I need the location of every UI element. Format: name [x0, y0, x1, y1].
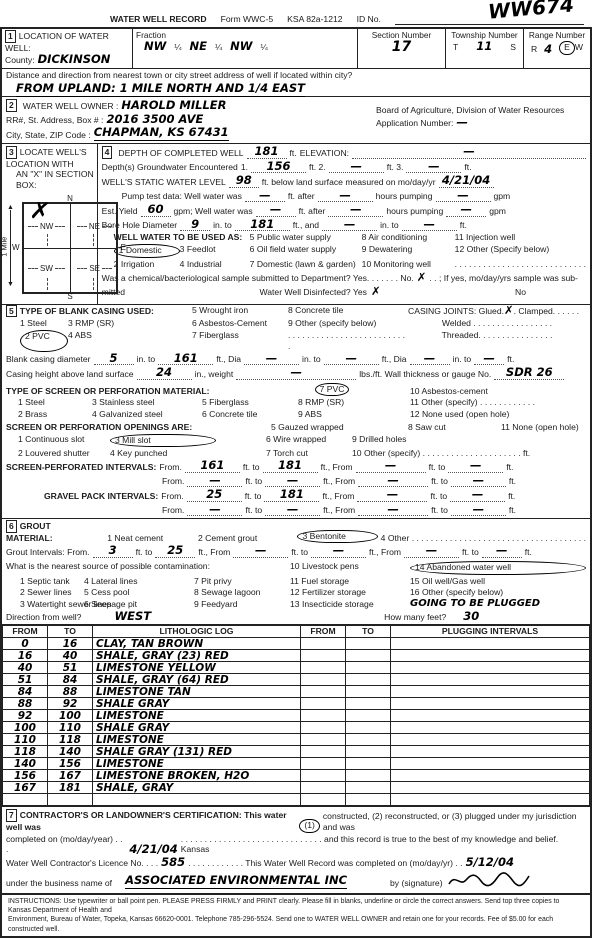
section4-well-data: 4 DEPTH OF COMPLETED WELL 181 ft. ELEVAT… — [98, 144, 590, 304]
option-lateral-lines: 4 Lateral lines — [84, 576, 194, 587]
section-box-diagram: ▲ 1 Mile ▼ N S W E NW NE SW — [6, 194, 95, 302]
option-other-contamination: 16 Other (specify below) — [410, 587, 586, 598]
city-label: City, State, ZIP Code : — [6, 130, 91, 141]
yield-after-label: ft. after — [299, 206, 326, 217]
static-level-date: 4/21/04 — [439, 175, 494, 188]
log-row: 51 84 SHALE, GRAY (64) RED — [3, 674, 590, 686]
bore-diameter2-value: — — [322, 219, 377, 232]
arrow-down-icon: ▼ — [7, 281, 14, 290]
certification-l1a: CONTRACTOR'S OR LANDOWNER'S CERTIFICATIO… — [6, 810, 287, 832]
col-plugging-intervals: PLUGGING INTERVALS — [391, 626, 590, 638]
log-row: 88 92 SHALE GRAY — [3, 698, 590, 710]
spi-t3: — — [265, 475, 320, 488]
fraction-2: NE — [189, 41, 206, 53]
plug-to — [346, 650, 391, 662]
yield-mid-label: gpm; Well water was — [174, 206, 253, 217]
how-many-feet-label: How many feet? — [384, 612, 446, 623]
box-horizontal-line — [24, 248, 116, 249]
casing-diameter-value: 5 — [94, 353, 134, 366]
plug-interval — [391, 686, 590, 698]
how-many-feet-value: 30 — [463, 611, 479, 623]
gpi-t2: — — [450, 489, 505, 502]
option-saw-cut: 8 Saw cut — [408, 422, 498, 433]
plug-interval — [391, 650, 590, 662]
plug-to — [346, 794, 391, 806]
form-title: WATER WELL RECORD — [110, 14, 207, 25]
log-row: 118 140 SHALE GRAY (131) RED — [3, 746, 590, 758]
pump-after-label: ft. after — [288, 191, 315, 202]
record-completed-label: . . . . . . . . . . . . This Water Well … — [188, 858, 462, 869]
application-number-value: — — [456, 117, 468, 129]
county-label: County: — [5, 55, 35, 66]
spi-to1: ft. to — [243, 462, 260, 473]
joints-glued-mark: ✗ — [504, 303, 514, 317]
spi-t1: 181 — [263, 460, 318, 473]
log-description: CLAY, TAN BROWN — [93, 638, 301, 650]
static-level-value: 98 — [229, 175, 259, 188]
casing-height-label: Casing height above land surface — [6, 369, 134, 380]
fraction-cell: Fraction NW¼ NE¼ NW¼ — [133, 29, 358, 68]
log-from: 0 — [3, 638, 48, 650]
dash-line — [47, 278, 48, 290]
log-row: 167 181 SHALE, GRAY — [3, 782, 590, 794]
grout-t1: 25 — [155, 545, 195, 558]
plug-from — [301, 770, 346, 782]
option-none-used: 12 None used (open hole) — [410, 409, 586, 420]
form-ksa: KSA 82a-1212 — [287, 14, 342, 25]
plug-interval — [391, 674, 590, 686]
direction-value: WEST — [114, 611, 151, 623]
spi-ft: ft. — [506, 462, 513, 473]
option-other-opening: 10 Other (specify) . . . . . . . . . . .… — [352, 448, 521, 458]
plug-interval — [391, 722, 590, 734]
section5-title: TYPE OF BLANK CASING USED: — [20, 306, 154, 316]
range-label: Range Number — [527, 30, 587, 40]
log-from: 140 — [3, 758, 48, 770]
log-to: 167 — [48, 770, 93, 782]
bore-ft-unit: ft. — [460, 220, 467, 231]
log-description: SHALE, GRAY (64) RED — [93, 674, 301, 686]
completed-on-label: completed on (mo/day/year) . . . — [6, 834, 126, 855]
plug-interval — [391, 710, 590, 722]
township-t: T — [453, 42, 458, 53]
spi-from2: ft., From — [321, 462, 353, 473]
range-east: E — [559, 41, 575, 55]
option-pit-privy: 7 Pit privy — [194, 576, 290, 587]
opening-ft-unit: ft. — [523, 448, 530, 458]
section5-casing: 5TYPE OF BLANK CASING USED: 5 Wrought ir… — [2, 305, 590, 519]
section1-number: 1 — [5, 30, 16, 43]
yield-hp-label: hours pumping — [386, 206, 443, 217]
pump-test-label: Pump test data: Well water was — [122, 191, 242, 202]
log-description: LIMESTONE — [93, 758, 301, 770]
west-label: W — [12, 243, 20, 253]
static-level-mid: ft. below land surface measured on mo/da… — [262, 177, 436, 188]
owner-label: WATER WELL OWNER : — [23, 101, 119, 112]
range-r: R — [531, 44, 537, 55]
gw3-unit: ft. — [464, 162, 471, 173]
section-box: N S W E NW NE SW SE ✗ — [22, 202, 118, 294]
spi-f2: — — [356, 460, 426, 473]
bore-depth2-value: — — [402, 219, 457, 232]
spi-f3: — — [187, 475, 242, 488]
log-from: 16 — [3, 650, 48, 662]
sample-question-tail: . . ; If yes, mo/day/yrs sample was sub- — [429, 273, 578, 284]
completed-date: 4/21/04 — [129, 844, 177, 856]
option-fiberglass-casing: 7 Fiberglass — [192, 330, 288, 351]
log-row: 40 51 LIMESTONE YELLOW — [3, 662, 590, 674]
yield-value: 60 — [141, 204, 171, 217]
log-from: 51 — [3, 674, 48, 686]
casing-other-dots: . . . . . . . . . . . . . . . . . . . . … — [288, 330, 408, 351]
business-name-label: under the business name of — [6, 878, 112, 889]
grout-t3: — — [482, 545, 522, 558]
plug-from — [301, 650, 346, 662]
option-watertight-sewer: 3 Watertight sewer lines — [20, 599, 84, 610]
option-asbestos-cement-screen: 10 Asbestos-cement — [410, 386, 488, 397]
instructions: INSTRUCTIONS: Use typewriter or ball poi… — [2, 893, 590, 936]
pump-ft-value: — — [245, 190, 285, 203]
log-from: 100 — [3, 722, 48, 734]
distance-value: FROM UPLAND: 1 MILE NORTH AND 1/4 EAST — [16, 81, 305, 97]
section3-4-row: 3LOCATE WELL'S LOCATION WITH AN "X" IN S… — [2, 144, 590, 305]
dia3-label: ft., Dia — [382, 354, 407, 365]
log-from: 110 — [3, 734, 48, 746]
spi-ft2: ft. — [509, 476, 516, 487]
pump-hp-label: hours pumping — [376, 191, 433, 202]
option-pvc-casing: 2 PVC — [20, 330, 68, 351]
pump-gpm-value: — — [436, 190, 491, 203]
option-sewer-lines: 2 Sewer lines — [20, 587, 84, 598]
gw3-label: ft. 3. — [387, 162, 404, 173]
option-other-grout: 4 Other . . . . . . . . . . . . . . . . … — [381, 533, 586, 544]
elevation-value: — — [352, 146, 586, 159]
well-location-x-mark: ✗ — [28, 195, 52, 228]
certification-l1b: constructed, (2) reconstructed, or (3) p… — [323, 811, 586, 832]
plug-to — [346, 746, 391, 758]
plug-from — [301, 710, 346, 722]
yield-hours-value: — — [328, 204, 383, 217]
plug-to — [346, 770, 391, 782]
log-to: 92 — [48, 698, 93, 710]
sample-no-mark: ✗ — [417, 272, 427, 284]
plug-to — [346, 674, 391, 686]
log-row: 100 110 SHALE GRAY — [3, 722, 590, 734]
joints-clamped-label: . Clamped. . . . . . — [514, 306, 579, 316]
plug-interval — [391, 746, 590, 758]
disinfected-no-label: No — [515, 287, 526, 298]
gpi-f4: — — [358, 504, 428, 517]
yield-gpm-value: — — [446, 204, 486, 217]
log-description: LIMESTONE — [93, 710, 301, 722]
col-lithologic-log: LITHOLOGIC LOG — [93, 626, 301, 638]
plug-interval — [391, 734, 590, 746]
section6-grout: 6GROUT MATERIAL: 1 Neat cement 2 Cement … — [2, 519, 590, 625]
spi-from3: From. — [162, 476, 184, 487]
section7-number: 7 — [6, 809, 17, 822]
option-bentonite: 3 Bentonite — [297, 530, 377, 544]
dia3-value: — — [410, 353, 450, 366]
gw2-label: ft. 2. — [309, 162, 326, 173]
option-pvc-screen: 7 PVC — [257, 383, 407, 397]
plug-to — [346, 734, 391, 746]
log-to: 40 — [48, 650, 93, 662]
option-neat-cement: 1 Neat cement — [107, 533, 195, 544]
log-from: 92 — [3, 710, 48, 722]
casing-joints-label: CASING JOINTS: Glued. — [408, 306, 504, 316]
grout-ft: ft. — [525, 547, 532, 558]
option-oil-gas-well: 15 Oil well/Gas well — [410, 576, 586, 587]
log-row — [3, 794, 590, 806]
log-description: LIMESTONE — [93, 734, 301, 746]
spi-label: SCREEN-PERFORATED INTERVALS: — [6, 462, 156, 473]
dia3-ft-unit: ft. — [507, 354, 514, 365]
dash-line — [93, 278, 94, 290]
log-description: LIMESTONE YELLOW — [93, 662, 301, 674]
section3-number: 3 — [6, 146, 17, 159]
col-plug-from: FROM — [301, 626, 346, 638]
well-use-options: WELL WATER TO BE USED AS: 5 Public water… — [98, 232, 590, 269]
log-description: LIMESTONE TAN — [93, 686, 301, 698]
openings-title: SCREEN OR PERFORATION OPENINGS ARE: — [6, 422, 268, 433]
owner-left: 2 WATER WELL OWNER : HAROLD MILLER RR#, … — [2, 97, 372, 143]
plug-interval — [391, 758, 590, 770]
section5-number: 5 — [6, 305, 17, 318]
business-name-value: ASSOCIATED ENVIRONMENTAL INC — [125, 875, 347, 889]
plug-from — [301, 638, 346, 650]
gpi-from3: From. — [162, 505, 184, 516]
option-fiberglass-screen: 5 Fiberglass — [202, 397, 298, 408]
sample-question: Was a chemical/bacteriological sample su… — [102, 273, 414, 284]
option-fuel-storage: 11 Fuel storage — [290, 576, 410, 587]
plug-to — [346, 758, 391, 770]
plug-from — [301, 674, 346, 686]
dia3-ft-value: — — [474, 353, 504, 366]
option-abandoned-water-well: 14 Abandoned water well — [410, 561, 586, 575]
log-row: 84 88 LIMESTONE TAN — [3, 686, 590, 698]
diam-into-label: in. to — [137, 354, 156, 365]
distance-label: Distance and direction from nearest town… — [6, 70, 586, 81]
plug-from — [301, 794, 346, 806]
contamination-label: What is the nearest source of possible c… — [6, 561, 290, 575]
log-description: SHALE, GRAY (23) RED — [93, 650, 301, 662]
log-row: 156 167 LIMESTONE BROKEN, H2O — [3, 770, 590, 782]
gpi-f1: 25 — [187, 489, 242, 502]
bore-diameter-value: 9 — [180, 219, 210, 232]
col-to: TO — [48, 626, 93, 638]
spi-t2: — — [448, 460, 503, 473]
option-cess-pool: 5 Cess pool — [84, 587, 194, 598]
dash-line — [47, 234, 48, 246]
license-value: 585 — [161, 857, 185, 869]
pump-hours-value: — — [318, 190, 373, 203]
disinfected-question: Water Well Disinfected? Yes — [259, 287, 366, 298]
screen-material-title: TYPE OF SCREEN OR PERFORATION MATERIAL: — [6, 386, 254, 397]
grout-f1: 3 — [93, 545, 133, 558]
option-other-use: 12 Other (Specify below) — [455, 244, 586, 258]
option-abs-casing: 4 ABS — [68, 330, 192, 351]
option-other-casing: 9 Other (specify below) — [288, 318, 408, 329]
depth-value: 181 — [247, 146, 287, 159]
elevation-label: ELEVATION: — [300, 148, 349, 159]
log-description: SHALE GRAY — [93, 698, 301, 710]
option-insecticide-storage: 13 Insecticide storage — [290, 599, 410, 610]
county-value: DICKINSON — [38, 54, 111, 66]
city-value: CHAPMAN, KS 67431 — [94, 127, 229, 141]
dia2-label: ft., Dia — [216, 354, 241, 365]
plug-from — [301, 686, 346, 698]
dash-line — [93, 234, 94, 246]
sw-quadrant-label: SW — [28, 264, 65, 274]
option-cement-grout: 2 Cement grout — [198, 533, 295, 544]
direction-label: Direction from well? — [6, 612, 81, 623]
option-galvanized-steel: 4 Galvanized steel — [92, 409, 202, 420]
option-mill-slot: 3 Mill slot — [110, 434, 216, 448]
joints-welded-label: Welded . . . . . . . . . . . . . . . . . — [408, 318, 586, 329]
option-continuous-slot: 1 Continuous slot — [18, 434, 110, 448]
log-from: 167 — [3, 782, 48, 794]
gpi-f2: — — [357, 489, 427, 502]
dia2-value: — — [244, 353, 299, 366]
gw3-value: — — [406, 161, 461, 174]
option-abs-screen: 9 ABS — [298, 409, 410, 420]
spi-to3: ft. to — [245, 476, 262, 487]
option-industrial: 4 Industrial — [180, 259, 250, 270]
plug-to — [346, 710, 391, 722]
township-value: 11 — [476, 41, 492, 53]
plug-to — [346, 782, 391, 794]
log-to: 110 — [48, 722, 93, 734]
log-to: 156 — [48, 758, 93, 770]
log-from: 40 — [3, 662, 48, 674]
log-to: 118 — [48, 734, 93, 746]
grout-to3: ft. to — [462, 547, 479, 558]
dia2-ft-value: — — [324, 353, 379, 366]
log-to: 140 — [48, 746, 93, 758]
mile-bar — [10, 210, 11, 284]
form-number: Form WWC-5 — [221, 14, 274, 25]
quarter-2: ¼ — [215, 42, 222, 53]
one-mile-label: 1 Mile — [0, 236, 9, 256]
depth-unit: ft. — [290, 148, 297, 159]
grout-to2: ft. to — [291, 547, 308, 558]
log-from — [3, 794, 48, 806]
use-dots: . . . . . . . . . . . . . . . . . . . . … — [455, 259, 586, 270]
log-row: 92 100 LIMESTONE — [3, 710, 590, 722]
grout-t2: — — [311, 545, 366, 558]
contamination-options: What is the nearest source of possible c… — [2, 559, 590, 610]
option-feedyard: 9 Feedyard — [194, 599, 290, 610]
grout-to1: ft. to — [136, 547, 153, 558]
disinfected-yes-mark: ✗ — [371, 286, 381, 298]
section-number-value: 17 — [361, 40, 442, 54]
option-irrigation: 2 Irrigation — [114, 259, 180, 270]
quarter-3: ¼ — [260, 42, 267, 53]
certification-l2b: . . . . . . . . . . . . . . . . . . . . … — [181, 834, 586, 855]
signature-scribble — [446, 871, 532, 889]
log-header-row: FROM TO LITHOLOGIC LOG FROM TO PLUGGING … — [3, 626, 590, 638]
spi-from4: ft., From — [323, 476, 355, 487]
weight-unit-label: lbs./ft. Wall thickness or gauge No. — [359, 369, 491, 380]
gpi-to3: ft. to — [245, 505, 262, 516]
option-air-conditioning: 8 Air conditioning — [362, 232, 455, 243]
plug-to — [346, 722, 391, 734]
se-quadrant-label: SE — [77, 264, 112, 274]
log-row: 0 16 CLAY, TAN BROWN — [3, 638, 590, 650]
plug-interval — [391, 794, 590, 806]
option-livestock-pens: 10 Livestock pens — [290, 561, 410, 575]
depth-label: DEPTH OF COMPLETED WELL — [118, 148, 243, 159]
gpi-ft: ft. — [508, 491, 515, 502]
grout-f2: — — [233, 545, 288, 558]
owner-right: Board of Agriculture, Division of Water … — [372, 97, 590, 143]
plug-to — [346, 686, 391, 698]
gpi-to2: ft. to — [430, 491, 447, 502]
ne-quadrant-label: NE — [77, 222, 112, 232]
gpi-label: GRAVEL PACK INTERVALS: — [44, 491, 158, 502]
range-value: 4 — [544, 44, 552, 56]
section3-locate: 3LOCATE WELL'S LOCATION WITH AN "X" IN S… — [2, 144, 98, 304]
groundwater-label: Depth(s) Groundwater Encountered — [102, 162, 238, 173]
gw1-value: 156 — [251, 161, 306, 174]
joints-threaded-label: Threaded. . . . . . . . . . . . . . . . — [408, 330, 586, 351]
water-well-record-form: WATER WELL RECORD Form WWC-5 KSA 82a-121… — [0, 0, 592, 938]
grout-from3: ft., From — [369, 547, 401, 558]
option-concrete-tile: 8 Concrete tile — [288, 305, 408, 318]
log-to: 88 — [48, 686, 93, 698]
option-wire-wrapped: 6 Wire wrapped — [266, 434, 352, 448]
gpi-to4: ft. to — [431, 505, 448, 516]
gpi-ft2: ft. — [509, 505, 516, 516]
log-row: 16 40 SHALE, GRAY (23) RED — [3, 650, 590, 662]
contamination-note: GOING TO BE PLUGGED — [410, 599, 586, 610]
section4-number: 4 — [102, 146, 113, 159]
gw2-value: — — [329, 161, 384, 174]
option-oil-field: 6 Oil field water supply — [250, 244, 362, 258]
section7-certification: 7CONTRACTOR'S OR LANDOWNER'S CERTIFICATI… — [2, 806, 590, 892]
signature-label: by (signature) — [390, 878, 443, 889]
record-completed-date: 5/12/04 — [466, 857, 514, 869]
east-label: E — [121, 243, 126, 253]
log-to: 100 — [48, 710, 93, 722]
grout-f3: — — [404, 545, 459, 558]
section1-title: LOCATION OF WATER WELL: — [5, 31, 109, 53]
col-plug-to: TO — [346, 626, 391, 638]
section2-owner: 2 WATER WELL OWNER : HAROLD MILLER RR#, … — [2, 97, 590, 144]
plug-interval — [391, 638, 590, 650]
fraction-3: NW — [230, 41, 252, 53]
owner-value: HAROLD MILLER — [121, 100, 226, 112]
spi-to2: ft. to — [429, 462, 446, 473]
option-septic-tank: 1 Septic tank — [20, 576, 84, 587]
plug-from — [301, 758, 346, 770]
range-west: W — [575, 42, 583, 52]
plug-from — [301, 734, 346, 746]
gpi-to1: ft. to — [245, 491, 262, 502]
township-cell: Township Number T 11 S — [446, 29, 524, 68]
plug-interval — [391, 698, 590, 710]
option-feedlot: 3 Feedlot — [180, 244, 250, 258]
distance-row: Distance and direction from nearest town… — [2, 69, 590, 97]
height-mid-label: in., weight — [195, 369, 234, 380]
log-to: 181 — [48, 782, 93, 794]
gpi-t4: — — [451, 504, 506, 517]
fraction-1: NW — [144, 41, 166, 53]
yield-gpm-unit: gpm — [489, 206, 506, 217]
option-stainless-steel: 3 Stainless steel — [92, 397, 202, 408]
log-row: 140 156 LIMESTONE — [3, 758, 590, 770]
option-gauzed-wrapped: 5 Gauzed wrapped — [271, 422, 405, 433]
